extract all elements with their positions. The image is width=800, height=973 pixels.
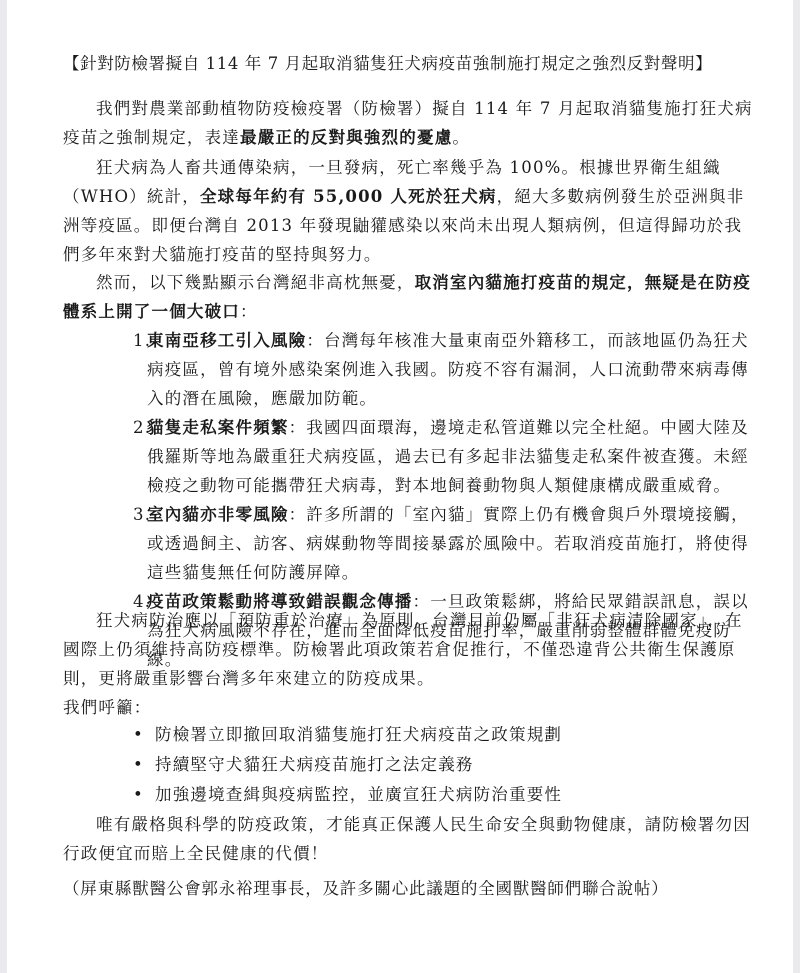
risk-number: 1. [133, 326, 151, 355]
risk-heading: 室內貓亦非零風險 [147, 505, 289, 524]
concern-end: ： [240, 302, 258, 321]
appeal-label: 我們呼籲： [63, 693, 755, 722]
document-page: 【針對防檢署擬自 114 年 7 月起取消貓隻狂犬病疫苗強制施打規定之強烈反對聲… [7, 0, 793, 973]
concern-text: 然而，以下幾點顯示台灣絕非高枕無憂， [96, 273, 415, 292]
appeal-item: •防檢署立即撤回取消貓隻施打狂犬病疫苗之政策規劃 [63, 720, 755, 750]
appeal-text: 加強邊境查緝與疫病監控，並廣宣狂犬病防治重要性 [155, 785, 562, 804]
concern-paragraph: 然而，以下幾點顯示台灣絕非高枕無憂，取消室內貓施打疫苗的規定，無疑是在防疫體系上… [63, 268, 755, 326]
signature: （屏東縣獸醫公會郭永裕理事長，及許多關心此議題的全國獸醫師們聯合說帖） [63, 875, 669, 899]
intro-emphasis: 最嚴正的反對與強烈的憂慮 [240, 128, 452, 147]
risk-heading: 貓隻走私案件頻繁 [147, 418, 289, 437]
risk-item: 1.東南亞移工引入風險：台灣每年核准大量東南亞外籍移工，而該地區仍為狂犬病疫區，… [63, 326, 755, 413]
principle-paragraph: 狂犬病防治應以「預防重於治療」為原則。台灣目前仍屬「非狂犬病清除國家」，在國際上… [63, 606, 755, 693]
risk-number: 3. [133, 500, 151, 529]
appeal-text: 防檢署立即撤回取消貓隻施打狂犬病疫苗之政策規劃 [155, 725, 562, 744]
closing-paragraph: 唯有嚴格與科學的防疫政策，才能真正保護人民生命安全與動物健康，請防檢署勿因行政便… [63, 810, 755, 868]
document-title: 【針對防檢署擬自 114 年 7 月起取消貓隻狂犬病疫苗強制施打規定之強烈反對聲… [63, 50, 712, 74]
risk-item: 2.貓隻走私案件頻繁：我國四面環海，邊境走私管道難以完全杜絕。中國大陸及俄羅斯等… [63, 413, 755, 500]
bullet-icon: • [133, 780, 144, 810]
appeal-list: •防檢署立即撤回取消貓隻施打狂犬病疫苗之政策規劃 •持續堅守犬貓狂犬病疫苗施打之… [63, 720, 755, 810]
rabies-facts-paragraph: 狂犬病為人畜共通傳染病，一旦發病，死亡率幾乎為 100%。根據世界衛生組織（WH… [63, 153, 755, 269]
appeal-item: •持續堅守犬貓狂犬病疫苗施打之法定義務 [63, 750, 755, 780]
intro-end: 。 [452, 128, 470, 147]
risk-heading: 東南亞移工引入風險 [147, 331, 306, 350]
rabies-death-stat: 全球每年約有 55,000 人死於狂犬病 [200, 187, 497, 206]
bullet-icon: • [133, 750, 144, 780]
risk-number: 2. [133, 413, 151, 442]
intro-paragraph: 我們對農業部動植物防疫檢疫署（防檢署）擬自 114 年 7 月起取消貓隻施打狂犬… [63, 94, 755, 152]
risk-item: 3.室內貓亦非零風險：許多所謂的「室內貓」實際上仍有機會與戶外環境接觸，或透過飼… [63, 500, 755, 587]
bullet-icon: • [133, 720, 144, 750]
appeal-item: •加強邊境查緝與疫病監控，並廣宣狂犬病防治重要性 [63, 780, 755, 810]
appeal-text: 持續堅守犬貓狂犬病疫苗施打之法定義務 [155, 755, 474, 774]
